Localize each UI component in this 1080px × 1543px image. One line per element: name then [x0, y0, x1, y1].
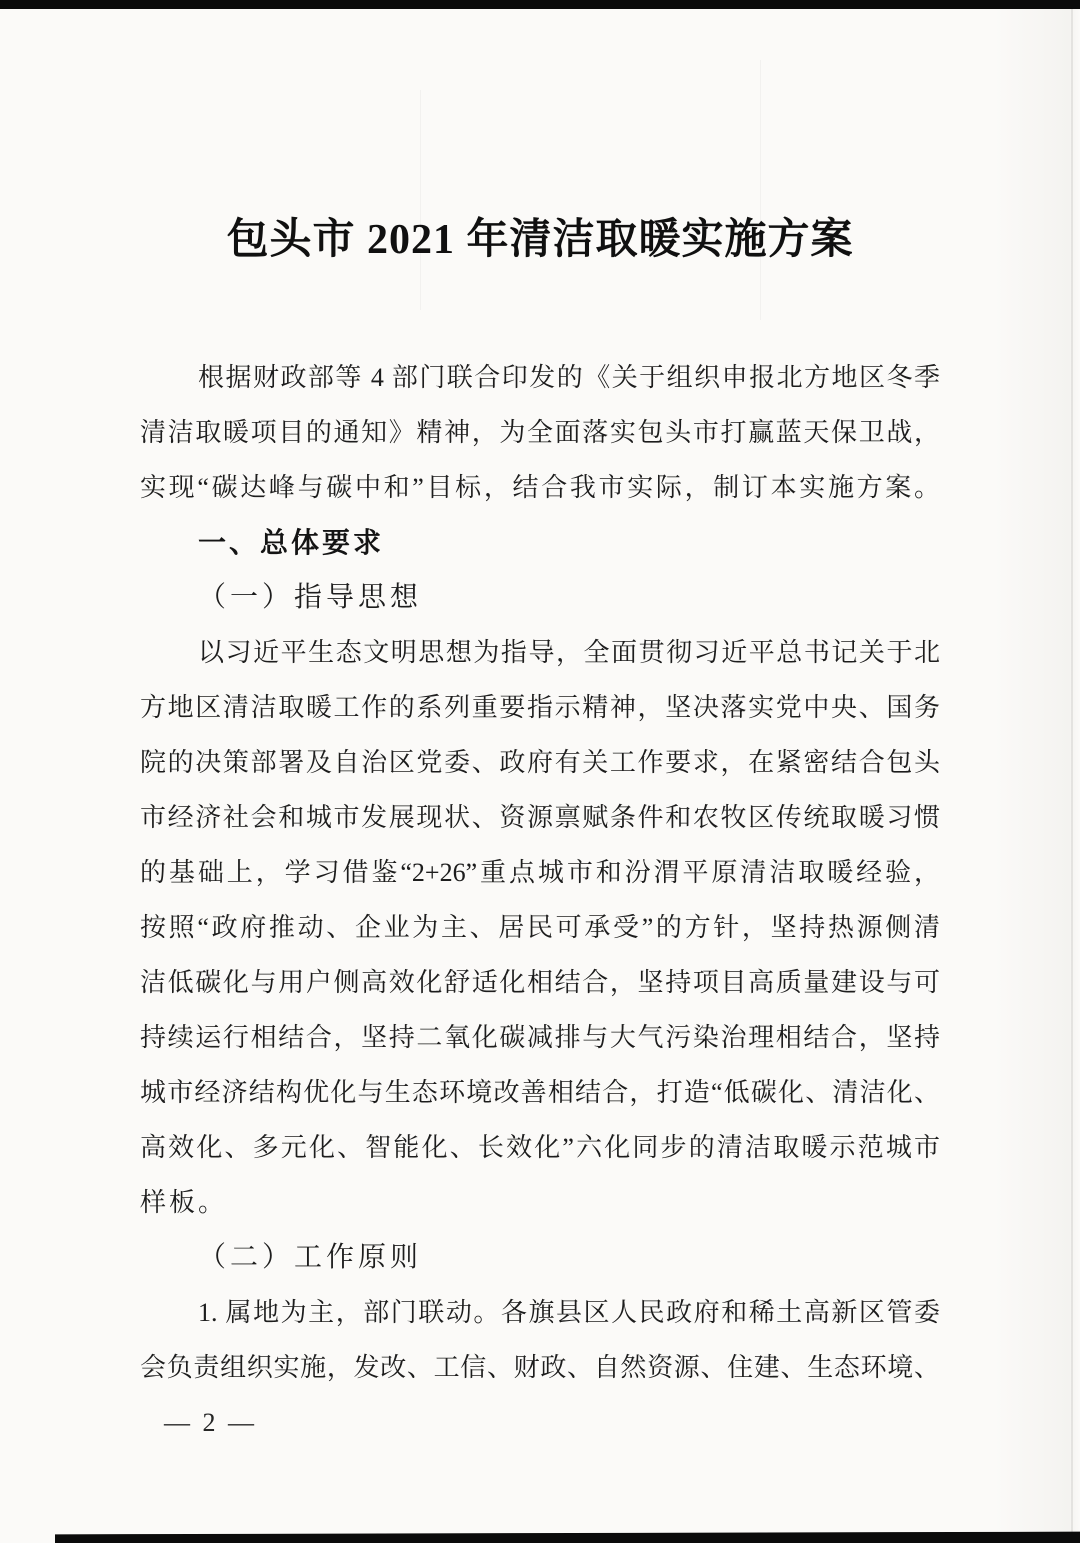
section-heading-overall-requirements: 一、总体要求: [140, 515, 940, 570]
guiding-paragraph-line: 院的决策部署及自治区党委、政府有关工作要求，在紧密结合包头: [140, 735, 940, 790]
guiding-paragraph-line: 城市经济结构优化与生态环境改善相结合，打造“低碳化、清洁化、: [140, 1065, 940, 1120]
guiding-paragraph-line: 按照“政府推动、企业为主、居民可承受”的方针，坚持热源侧清: [140, 900, 940, 955]
guiding-paragraph-line: 样板。: [140, 1175, 940, 1230]
scanned-document-page: 包头市 2021 年清洁取暖实施方案 根据财政部等 4 部门联合印发的《关于组织…: [0, 0, 1080, 1543]
document-body: 包头市 2021 年清洁取暖实施方案 根据财政部等 4 部门联合印发的《关于组织…: [140, 0, 940, 1450]
guiding-paragraph-line: 以习近平生态文明思想为指导，全面贯彻习近平总书记关于北: [140, 625, 940, 680]
principle-paragraph-line: 1. 属地为主，部门联动。各旗县区人民政府和稀土高新区管委: [140, 1285, 940, 1340]
subsection-heading-work-principles: （二）工作原则: [140, 1230, 940, 1285]
guiding-paragraph-line: 方地区清洁取暖工作的系列重要指示精神，坚决落实党中央、国务: [140, 680, 940, 735]
title-spacer: [140, 270, 940, 350]
document-title: 包头市 2021 年清洁取暖实施方案: [140, 210, 940, 270]
principle-paragraph-line: 会负责组织实施，发改、工信、财政、自然资源、住建、生态环境、: [140, 1340, 940, 1395]
intro-paragraph-line: 根据财政部等 4 部门联合印发的《关于组织申报北方地区冬季: [140, 350, 940, 405]
guiding-paragraph-line: 持续运行相结合，坚持二氧化碳减排与大气污染治理相结合，坚持: [140, 1010, 940, 1065]
scan-edge-line: [1071, 9, 1073, 1533]
subsection-heading-guiding-ideology: （一）指导思想: [140, 570, 940, 625]
intro-paragraph-line: 实现“碳达峰与碳中和”目标，结合我市实际，制订本实施方案。: [140, 460, 940, 515]
guiding-paragraph-line: 洁低碳化与用户侧高效化舒适化相结合，坚持项目高质量建设与可: [140, 955, 940, 1010]
guiding-paragraph-line: 的基础上，学习借鉴“2+26”重点城市和汾渭平原清洁取暖经验，: [140, 845, 940, 900]
guiding-paragraph-line: 市经济社会和城市发展现状、资源禀赋条件和农牧区传统取暖习惯: [140, 790, 940, 845]
intro-paragraph-line: 清洁取暖项目的通知》精神，为全面落实包头市打赢蓝天保卫战，: [140, 405, 940, 460]
guiding-paragraph-line: 高效化、多元化、智能化、长效化”六化同步的清洁取暖示范城市: [140, 1120, 940, 1175]
page-number: — 2 —: [140, 1395, 940, 1450]
scan-bottom-bar: [55, 1532, 1080, 1543]
